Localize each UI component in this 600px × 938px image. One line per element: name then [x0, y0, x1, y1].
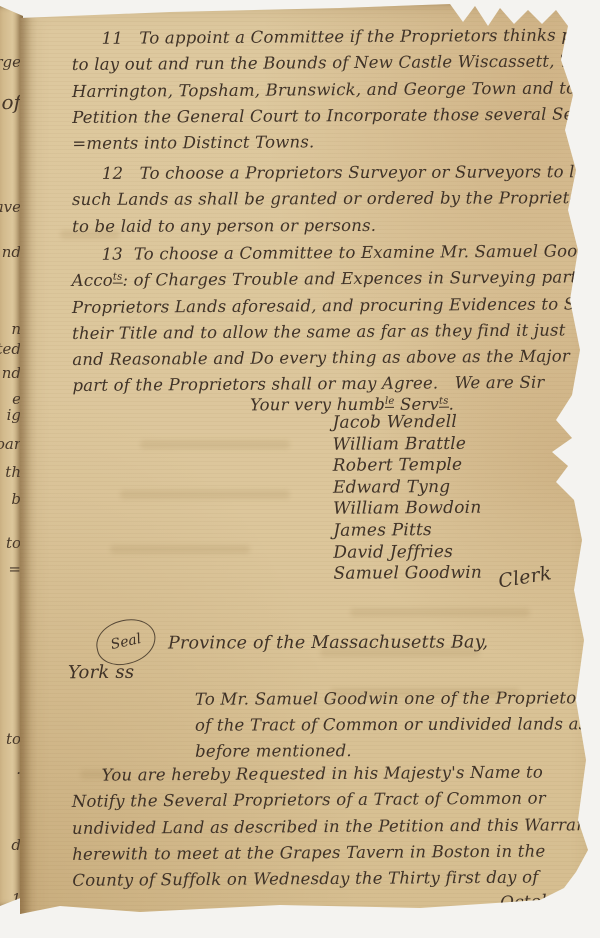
county-jurisdiction: York ss — [68, 660, 134, 687]
handwritten-line: =ments into Distinct Towns. — [72, 127, 600, 157]
prev-page-text-fragment: ted — [0, 342, 21, 356]
prev-page-text-fragment: to — [6, 732, 21, 746]
prev-page-text-fragment: b — [11, 492, 21, 506]
handwritten-line: To Mr. Samuel Goodwin one of the Proprie… — [195, 685, 593, 712]
closing-text: Serv — [394, 395, 439, 414]
prev-page-text-fragment: ave — [0, 200, 21, 214]
signature: William Bowdoin — [333, 498, 551, 521]
prev-page-text-fragment: ig — [7, 408, 21, 422]
handwritten-line: 11 To appoint a Committee if the Proprie… — [72, 22, 600, 52]
prev-page-text-fragment: oar — [0, 437, 21, 451]
superscript-abbreviation: ts — [439, 395, 449, 407]
signature: James Pitts — [333, 519, 551, 542]
handwritten-line: Petition the General Court to Incorporat… — [72, 101, 600, 131]
warrant-body: You are hereby Requested in his Majesty'… — [72, 759, 595, 894]
handwritten-line: such Lands as shall be granted or ordere… — [72, 185, 600, 213]
handwritten-line: herewith to meet at the Grapes Tavern in… — [72, 838, 594, 868]
handwritten-line: Harrington, Topsham, Brunswick, and Geor… — [72, 75, 600, 105]
prev-page-text-fragment: 1 — [11, 892, 21, 906]
handwritten-line: of the Tract of Common or undivided land… — [195, 711, 593, 738]
bleedthrough-mark — [110, 545, 250, 554]
handwritten-line: their Title and to allow the same as far… — [72, 317, 600, 347]
signature: Samuel Goodwin Clerk — [333, 562, 551, 585]
warrant-article-11: 11 To appoint a Committee if the Proprie… — [72, 22, 600, 157]
handwritten-line: to lay out and run the Bounds of New Cas… — [72, 48, 600, 78]
signature: Jacob Wendell — [332, 411, 550, 434]
manuscript-page: 11 To appoint a Committee if the Proprie… — [20, 0, 600, 938]
seal-label: Seal — [109, 631, 142, 653]
clerk-title: Clerk — [497, 563, 553, 593]
prev-page-text-fragment: to — [6, 536, 21, 550]
province-heading: Province of the Massachusetts Bay, — [168, 629, 488, 656]
handwritten-line: Notify the Several Proprietors of a Trac… — [72, 785, 594, 815]
handwritten-line: 12 To choose a Proprietors Surveyor or S… — [72, 159, 600, 187]
signature: Robert Temple — [333, 454, 551, 477]
closing-text: . — [449, 395, 455, 414]
closing-text: Your very humb — [250, 395, 385, 414]
abbreviation-base: Acco — [72, 271, 113, 290]
bleedthrough-mark — [120, 490, 290, 499]
prev-page-text-fragment: = — [8, 562, 21, 576]
prev-page-text-fragment: th — [5, 465, 21, 479]
handwritten-line: to be laid to any person or persons. — [72, 212, 600, 240]
superscript-abbreviation: ts — [113, 271, 123, 283]
previous-page-edge: arge of ave nd n ted nd e ig oar th b to… — [0, 6, 23, 906]
signature: David Jeffries — [333, 541, 551, 564]
signature: Edward Tyng — [333, 476, 551, 499]
handwritten-line: Proprietors Lands aforesaid, and procuri… — [72, 291, 600, 321]
prev-page-text-fragment: nd — [2, 245, 21, 259]
warrant-article-12: 12 To choose a Proprietors Surveyor or S… — [72, 159, 600, 240]
handwritten-line: 13 To choose a Committee to Examine Mr. … — [71, 238, 600, 268]
prev-page-text-fragment: d — [11, 838, 21, 852]
handwritten-line: undivided Land as described in the Petit… — [72, 812, 594, 842]
handwritten-line: Accots: of Charges Trouble and Expences … — [72, 264, 600, 294]
address-block: To Mr. Samuel Goodwin one of the Proprie… — [195, 685, 593, 764]
prev-page-text-fragment: e — [12, 392, 21, 406]
handwritten-line: You are hereby Requested in his Majesty'… — [72, 759, 594, 789]
signature: William Brattle — [333, 433, 551, 456]
prev-page-text-fragment: nd — [2, 366, 21, 380]
signature-list: Jacob Wendell William Brattle Robert Tem… — [332, 411, 551, 585]
signature-name: Samuel Goodwin — [333, 563, 482, 586]
paper-stain — [580, 4, 590, 12]
catchword-october: October — [500, 888, 572, 917]
abbreviation-rest: : of Charges Trouble and Expences in Sur… — [122, 267, 600, 290]
prev-page-text-fragment: of — [2, 95, 21, 109]
warrant-article-13: 13 To choose a Committee to Examine Mr. … — [71, 238, 600, 400]
bleedthrough-mark — [140, 440, 290, 449]
prev-page-text-fragment: n — [11, 322, 21, 336]
bleedthrough-mark — [350, 608, 530, 617]
prev-page-text-fragment: arge — [0, 55, 21, 69]
handwritten-line: and Reasonable and Do every thing as abo… — [72, 343, 600, 373]
